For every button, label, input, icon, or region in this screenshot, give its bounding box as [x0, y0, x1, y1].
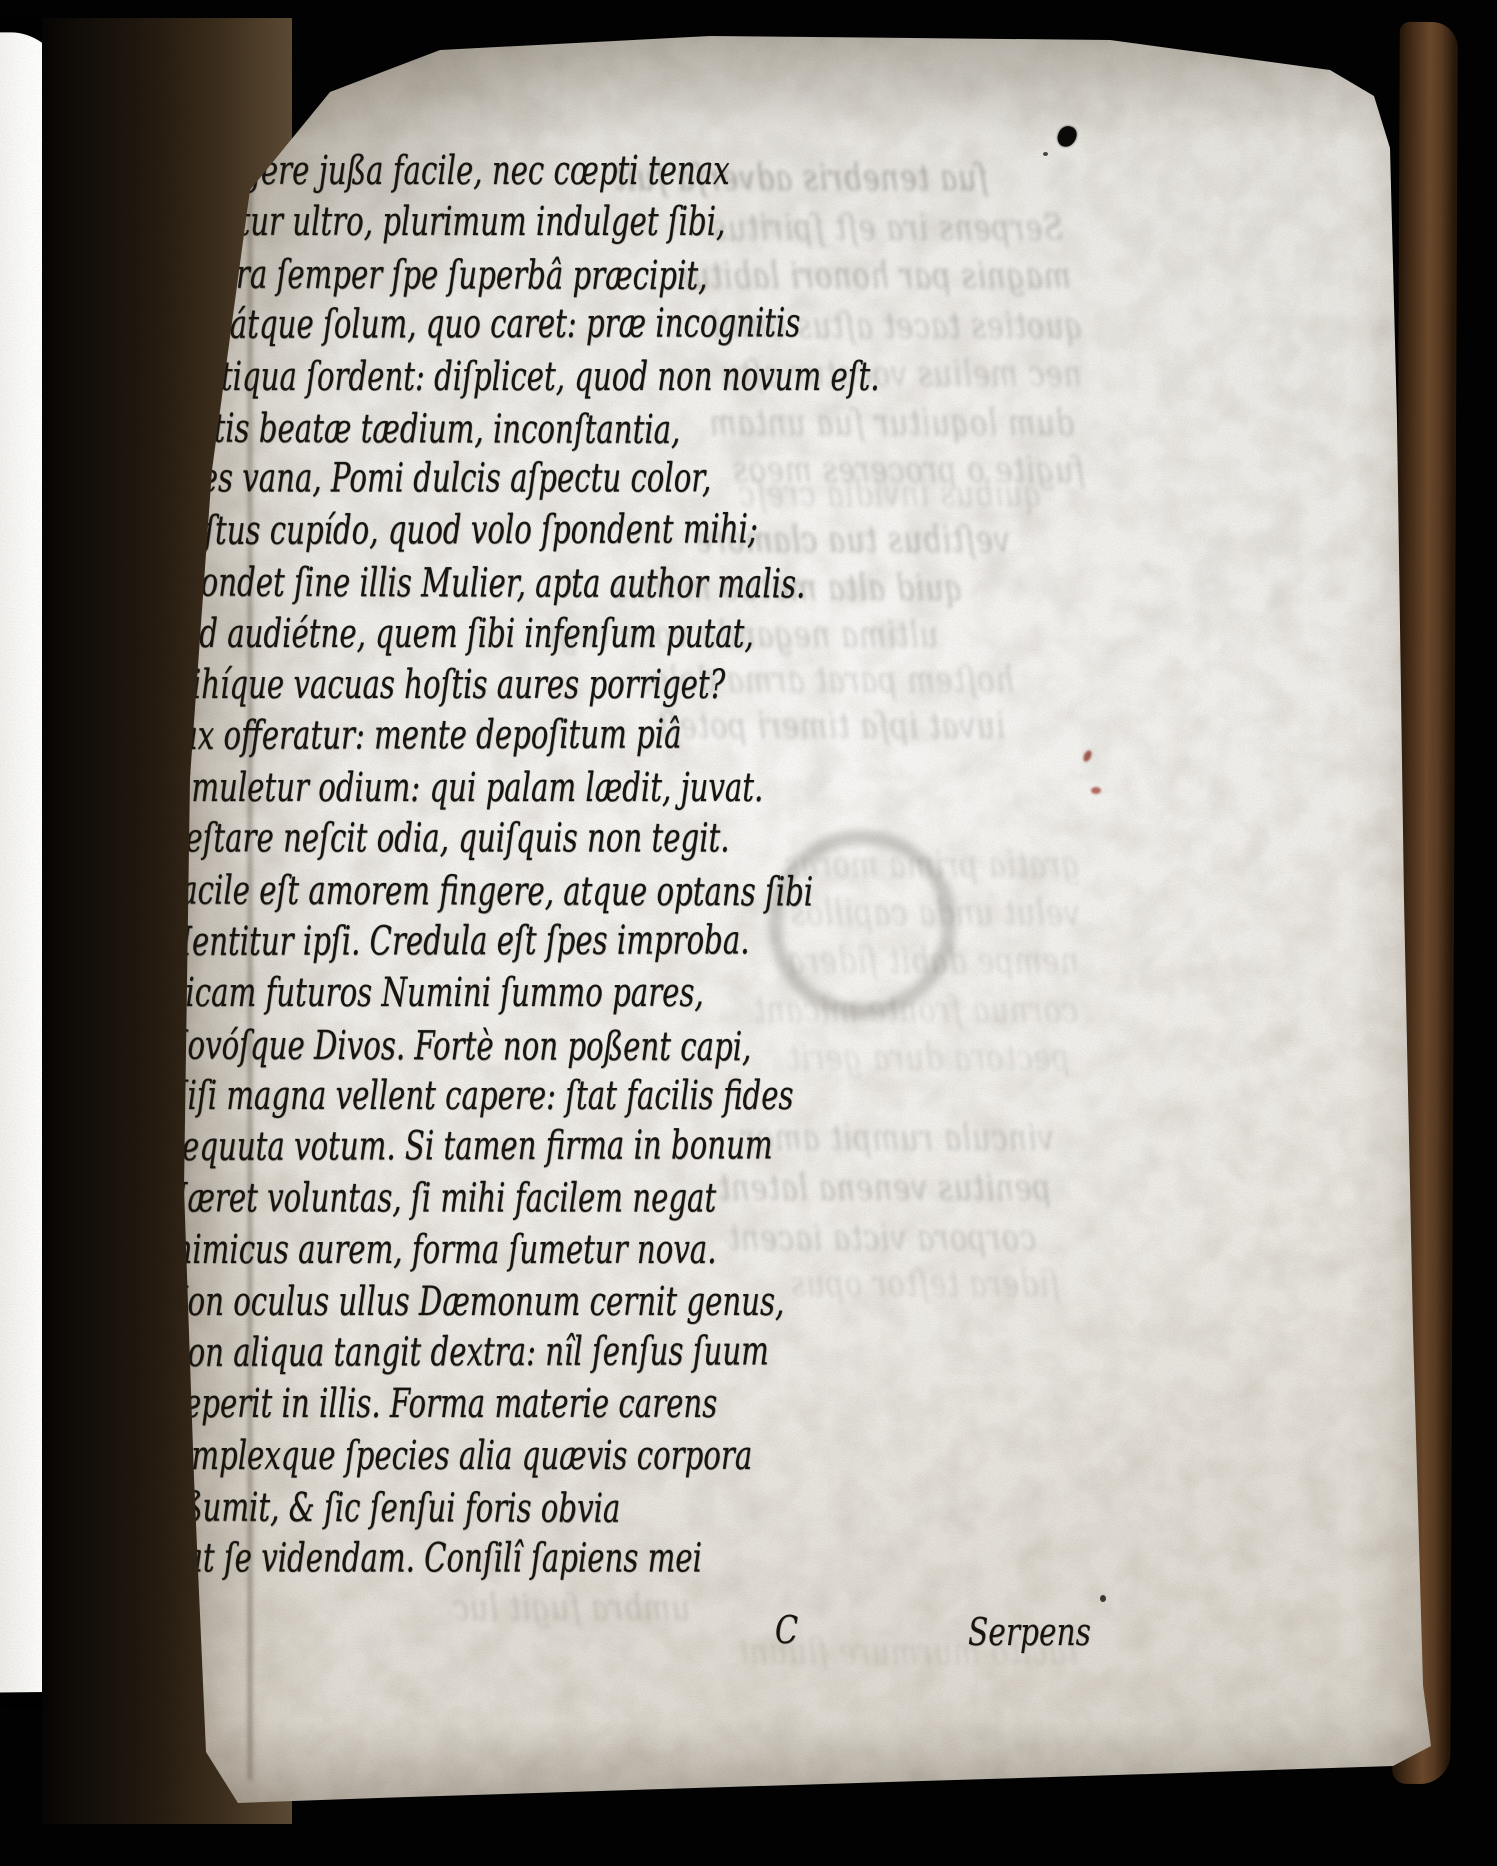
verse-line: Simplexque ſpecies alia quævis corpora: [162, 1433, 1002, 1484]
verse-line: Dat ſe videndam. Conſilî ſapiens mei: [162, 1535, 1002, 1586]
fly-speck: [1100, 1595, 1106, 1602]
verse-line: Hæret voluntas, ſi mihi facilem negat: [162, 1175, 1002, 1226]
verse-line: Aßumit, & ſic ſenſui foris obvia: [162, 1485, 1002, 1539]
verse-line: Geſtare neſcit odia, quiſquis non tegit.: [162, 815, 1002, 866]
signature-mark: C: [775, 1608, 798, 1652]
verse-line: Mihíque vacuas hoſtis aures porriget?: [162, 662, 1002, 713]
verse-line: Sed audiétne, quem ſibi infenſum putat,: [162, 611, 1002, 662]
verse-line: Non oculus ullus Dæmonum cernit genus,: [162, 1279, 1002, 1330]
verse-line: Mentitur ipſi. Credula eſt ſpes improba.: [162, 916, 1002, 970]
verse-line: Pax offeratur: mente depoſitum piâ: [162, 711, 1002, 765]
verse-line: Non aliqua tangit dextra: nîl ſenſus ſuu…: [162, 1328, 1002, 1382]
verse-line: Sortis beatæ tædium, inconſtantia,: [162, 405, 1002, 459]
verse-line: Variatur ultro, plurimum indulget ſibi,: [162, 199, 1002, 250]
verse-line: Reperit in illis. Forma materie carens: [162, 1381, 1002, 1432]
catchword: Serpens: [968, 1610, 1091, 1654]
verse-line: Spondet ſine illis Mulier, apta author m…: [162, 560, 1002, 614]
verse-line: Sequuta votum. Si tamen firma in bonum: [162, 1122, 1002, 1176]
book-photo: ſua tenebris adverſa fuitSerpens ira eſt…: [0, 0, 1497, 1866]
bleedthrough-line: umbra fugit luce: [450, 1588, 690, 1629]
verse-line: Majora ſemper ſpe ſuperbâ præcipit,: [162, 251, 1002, 305]
verse-line: Guſtus cupído, quod volo ſpondent mihi;: [162, 505, 1002, 559]
verse-line: Negligere jußa facile, nec cœpti tenax: [162, 148, 1002, 199]
verse-line: Amátque ſolum, quo caret: præ incognitis: [162, 300, 1002, 354]
verse-line: Niſi magna vellent capere: ſtat facilis …: [162, 1073, 1002, 1124]
verse-line: Simuletur odium: qui palam lædit, juvat.: [162, 765, 1002, 816]
ink-speck: [1043, 152, 1048, 156]
verse-text-block: Negligere jußa facile, nec cœpti tenaxVa…: [162, 148, 1312, 1587]
verse-line: Novóſque Divos. Fortè non poßent capi,: [162, 1022, 1002, 1076]
book-page: ſua tenebris adverſa fuitSerpens ira eſt…: [150, 30, 1440, 1815]
verse-line: Antiqua ſordent: diſplicet, quod non nov…: [162, 354, 1002, 405]
verse-line: Facile eſt amorem fingere, atque optans …: [162, 868, 1002, 922]
verse-line: Inimicus aurem, forma ſumetur nova.: [162, 1227, 1002, 1278]
verse-line: Spes vana, Pomi dulcis aſpectu color,: [162, 456, 1002, 507]
red-ink-speck: [1091, 787, 1101, 794]
verse-line: Dicam futuros Numini ſummo pares,: [162, 970, 1002, 1021]
